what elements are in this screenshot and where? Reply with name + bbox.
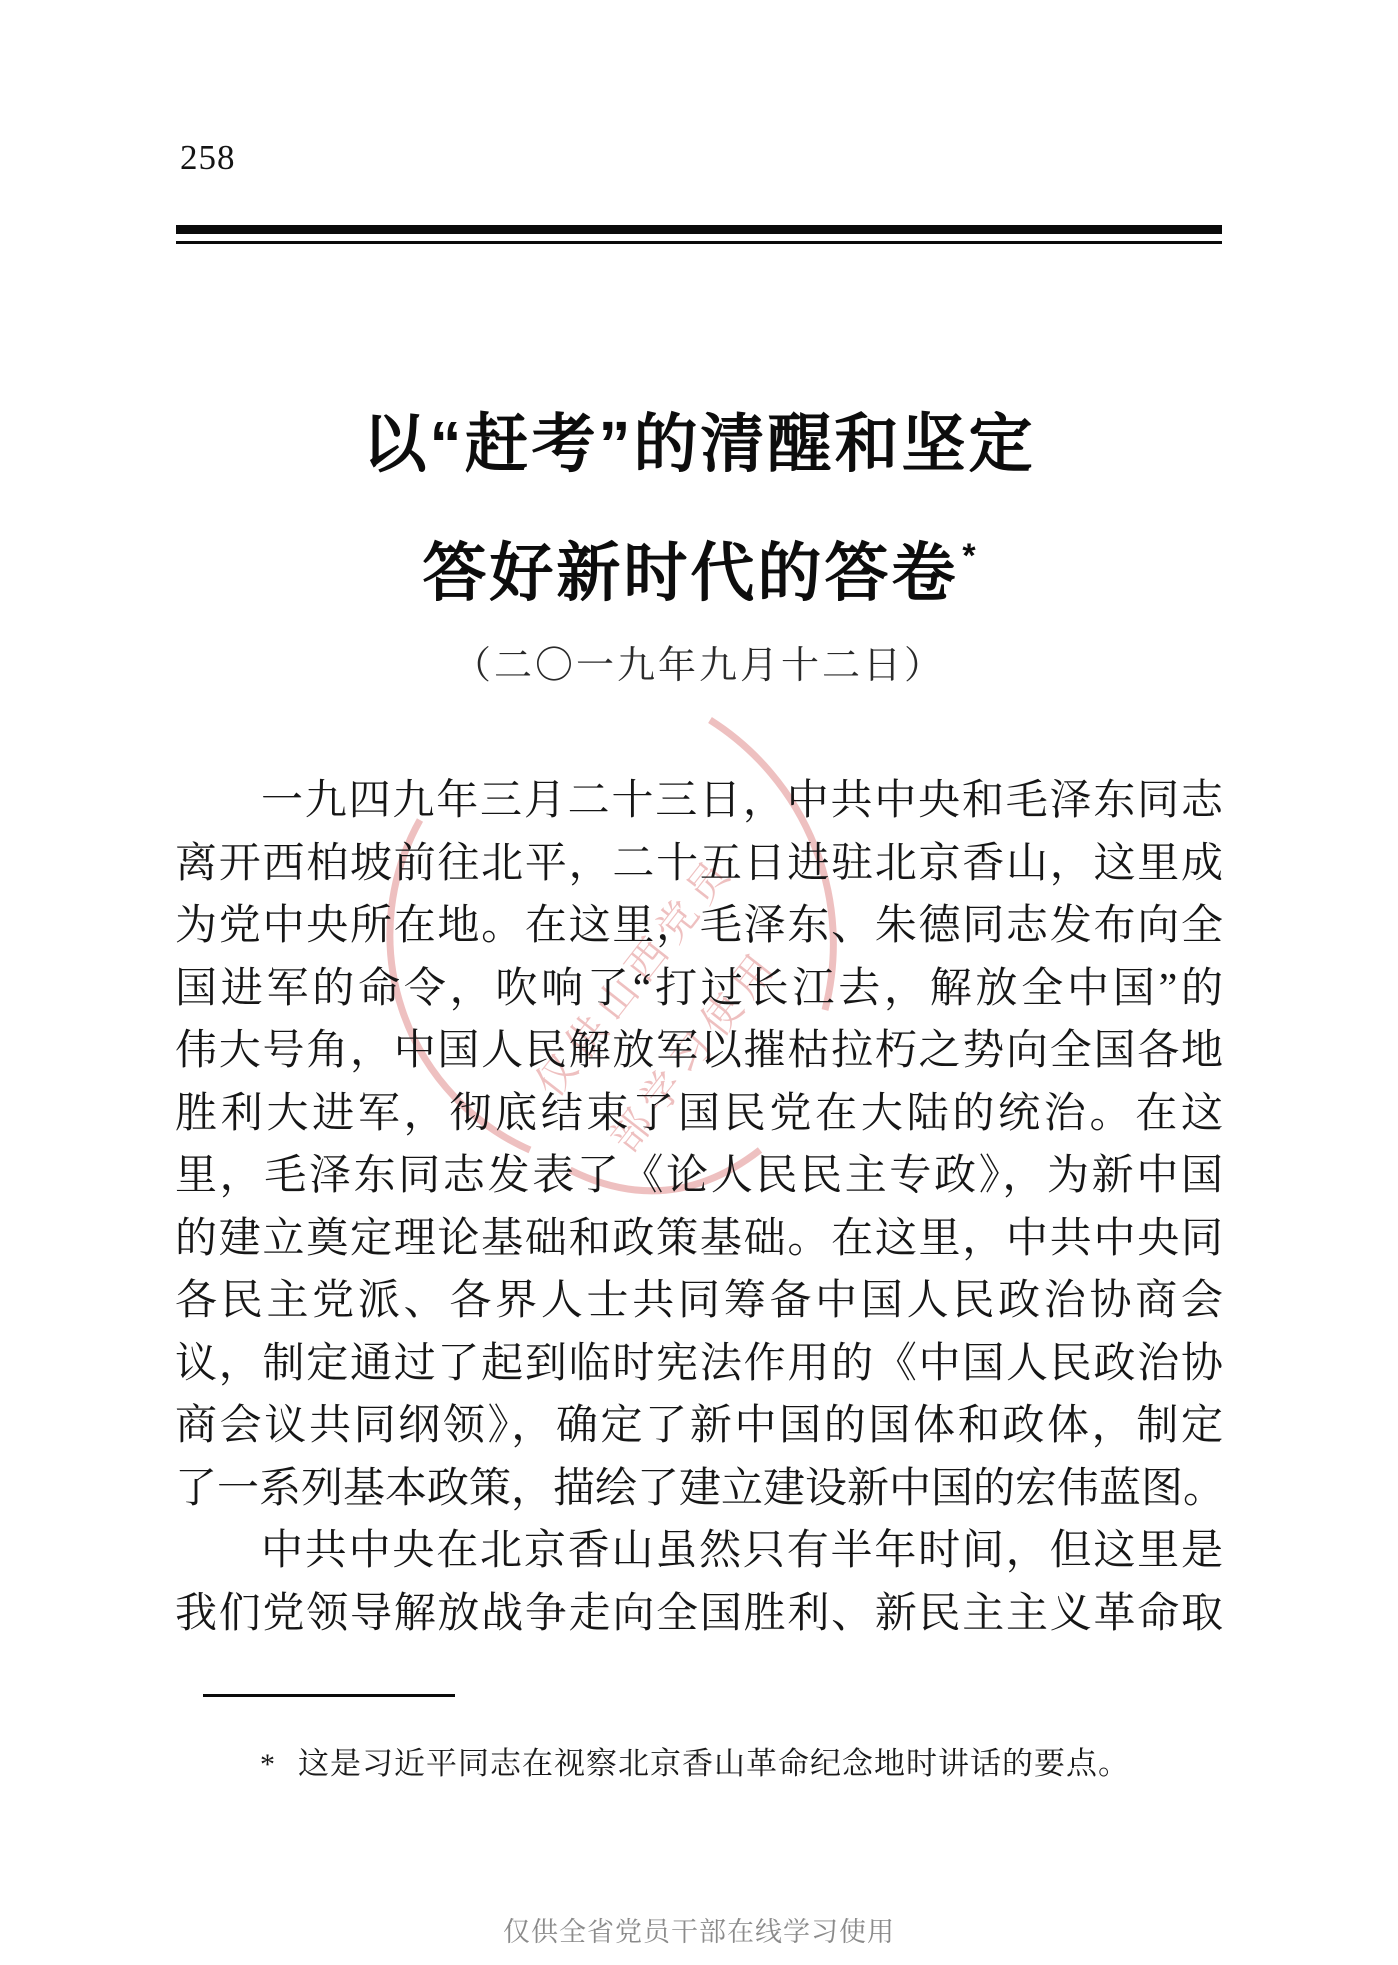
text-line: 国进军的命令，吹响了“打过长江去，解放全中国”的	[175, 958, 1223, 1021]
book-page: 258 仅供山西党员 部学习使用 以“赶考”的清醒和坚定 答好新时代的答卷* （…	[0, 0, 1398, 1965]
text-line: 的建立奠定理论基础和政策基础。在这里，中共中央同	[175, 1208, 1223, 1271]
text-line: 各民主党派、各界人士共同筹备中国人民政治协商会	[175, 1270, 1223, 1333]
title-footnote-marker: *	[962, 537, 975, 575]
article-title: 以“赶考”的清醒和坚定 答好新时代的答卷*	[175, 388, 1223, 629]
paragraph-2: 中共中央在北京香山虽然只有半年时间，但这里是我们党领导解放战争走向全国胜利、新民…	[175, 1520, 1223, 1645]
text-line: 议，制定通过了起到临时宪法作用的《中国人民政治协	[175, 1333, 1223, 1396]
text-line: 一九四九年三月二十三日，中共中央和毛泽东同志	[175, 770, 1223, 833]
text-line: 中共中央在北京香山虽然只有半年时间，但这里是	[175, 1520, 1223, 1583]
footnote-marker: *	[260, 1748, 276, 1781]
text-line: 为党中央所在地。在这里，毛泽东、朱德同志发布向全	[175, 895, 1223, 958]
article-title-line2-wrap: 答好新时代的答卷*	[175, 500, 1223, 629]
text-line: 离开西柏坡前往北平，二十五日进驻北京香山，这里成	[175, 833, 1223, 896]
text-line: 商会议共同纲领》，确定了新中国的国体和政体，制定	[175, 1395, 1223, 1458]
page-number: 258	[180, 138, 236, 178]
article-body: 一九四九年三月二十三日，中共中央和毛泽东同志离开西柏坡前往北平，二十五日进驻北京…	[175, 770, 1223, 1645]
footnote-separator	[203, 1694, 455, 1697]
text-line: 里，毛泽东同志发表了《论人民民主专政》，为新中国	[175, 1145, 1223, 1208]
text-line: 我们党领导解放战争走向全国胜利、新民主主义革命取	[175, 1583, 1223, 1646]
footnote: *这是习近平同志在视察北京香山革命纪念地时讲话的要点。	[260, 1738, 1220, 1783]
header-rule-thick	[176, 225, 1222, 234]
footnote-text: 这是习近平同志在视察北京香山革命纪念地时讲话的要点。	[298, 1746, 1130, 1781]
text-line: 了一系列基本政策，描绘了建立建设新中国的宏伟蓝图。	[175, 1458, 1223, 1521]
article-title-line1: 以“赶考”的清醒和坚定	[175, 388, 1223, 500]
bottom-watermark: 仅供全省党员干部在线学习使用	[0, 1910, 1398, 1949]
paragraph-1: 一九四九年三月二十三日，中共中央和毛泽东同志离开西柏坡前往北平，二十五日进驻北京…	[175, 770, 1223, 1520]
article-title-line2: 答好新时代的答卷	[422, 537, 958, 609]
header-rule-thin	[176, 241, 1222, 244]
text-line: 胜利大进军，彻底结束了国民党在大陆的统治。在这	[175, 1083, 1223, 1146]
text-line: 伟大号角，中国人民解放军以摧枯拉朽之势向全国各地	[175, 1020, 1223, 1083]
